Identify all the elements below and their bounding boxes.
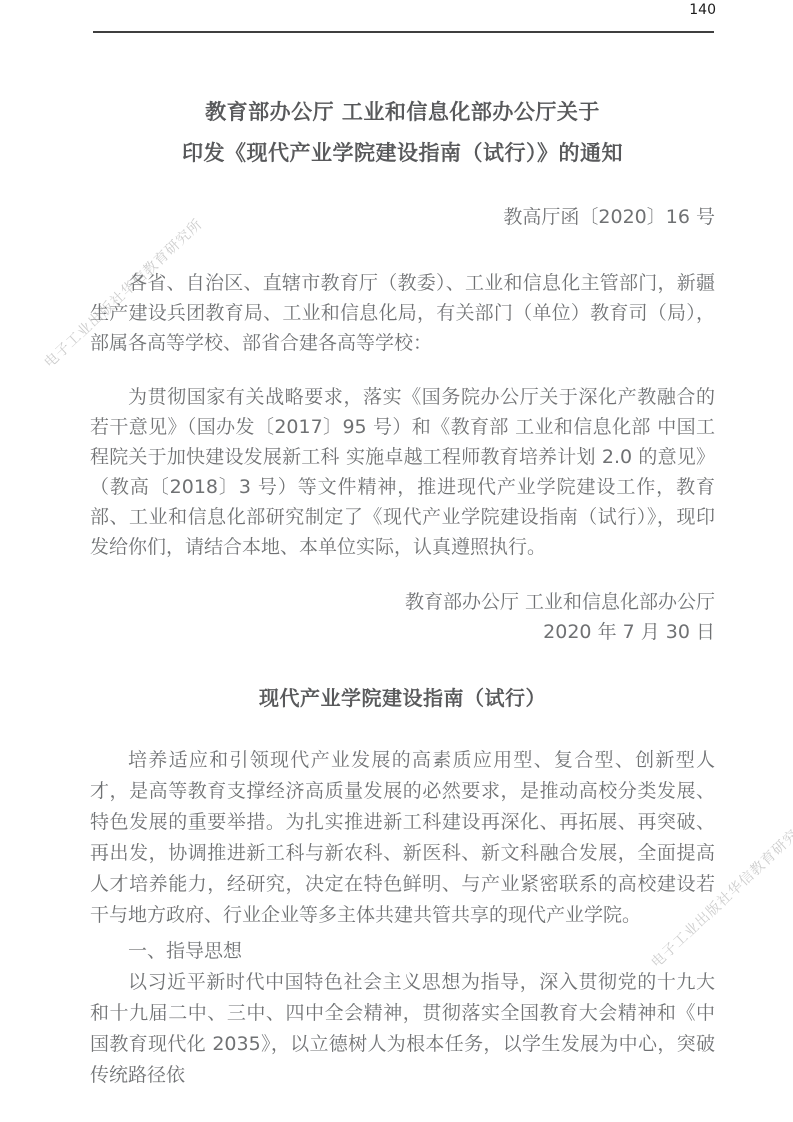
guide-intro-paragraph: 培养适应和引领现代产业发展的高素质应用型、复合型、创新型人才，是高等教育支撑经济…	[90, 745, 715, 931]
section1-heading: 一、指导思想	[90, 936, 715, 967]
salutation-paragraph: 各省、自治区、直辖市教育厅（教委）、工业和信息化主管部门，新疆生产建设兵团教育局…	[90, 268, 715, 358]
document-content: 教育部办公厅 工业和信息化部办公厅关于 印发《现代产业学院建设指南（试行）》的通…	[90, 0, 715, 1091]
document-page: 140 电子工业出版社华信教育研究所 电子工业出版社华信教育研究所 教育部办公厅…	[0, 0, 793, 1122]
notice-title: 教育部办公厅 工业和信息化部办公厅关于 印发《现代产业学院建设指南（试行）》的通…	[90, 92, 715, 174]
signature-date: 2020 年 7 月 30 日	[90, 617, 715, 647]
section1-paragraph: 以习近平新时代中国特色社会主义思想为指导，深入贯彻党的十九大和十九届二中、三中、…	[90, 967, 715, 1091]
notice-title-line2: 印发《现代产业学院建设指南（试行）》的通知	[90, 133, 715, 174]
doc-number: 教高厅函〔2020〕16 号	[90, 202, 715, 232]
signature-issuers: 教育部办公厅 工业和信息化部办公厅	[90, 587, 715, 617]
notice-body-paragraph: 为贯彻国家有关战略要求，落实《国务院办公厅关于深化产教融合的若干意见》（国办发〔…	[90, 382, 715, 562]
signature-block: 教育部办公厅 工业和信息化部办公厅 2020 年 7 月 30 日	[90, 587, 715, 647]
guide-title: 现代产业学院建设指南（试行）	[90, 680, 715, 716]
notice-title-line1: 教育部办公厅 工业和信息化部办公厅关于	[90, 92, 715, 133]
